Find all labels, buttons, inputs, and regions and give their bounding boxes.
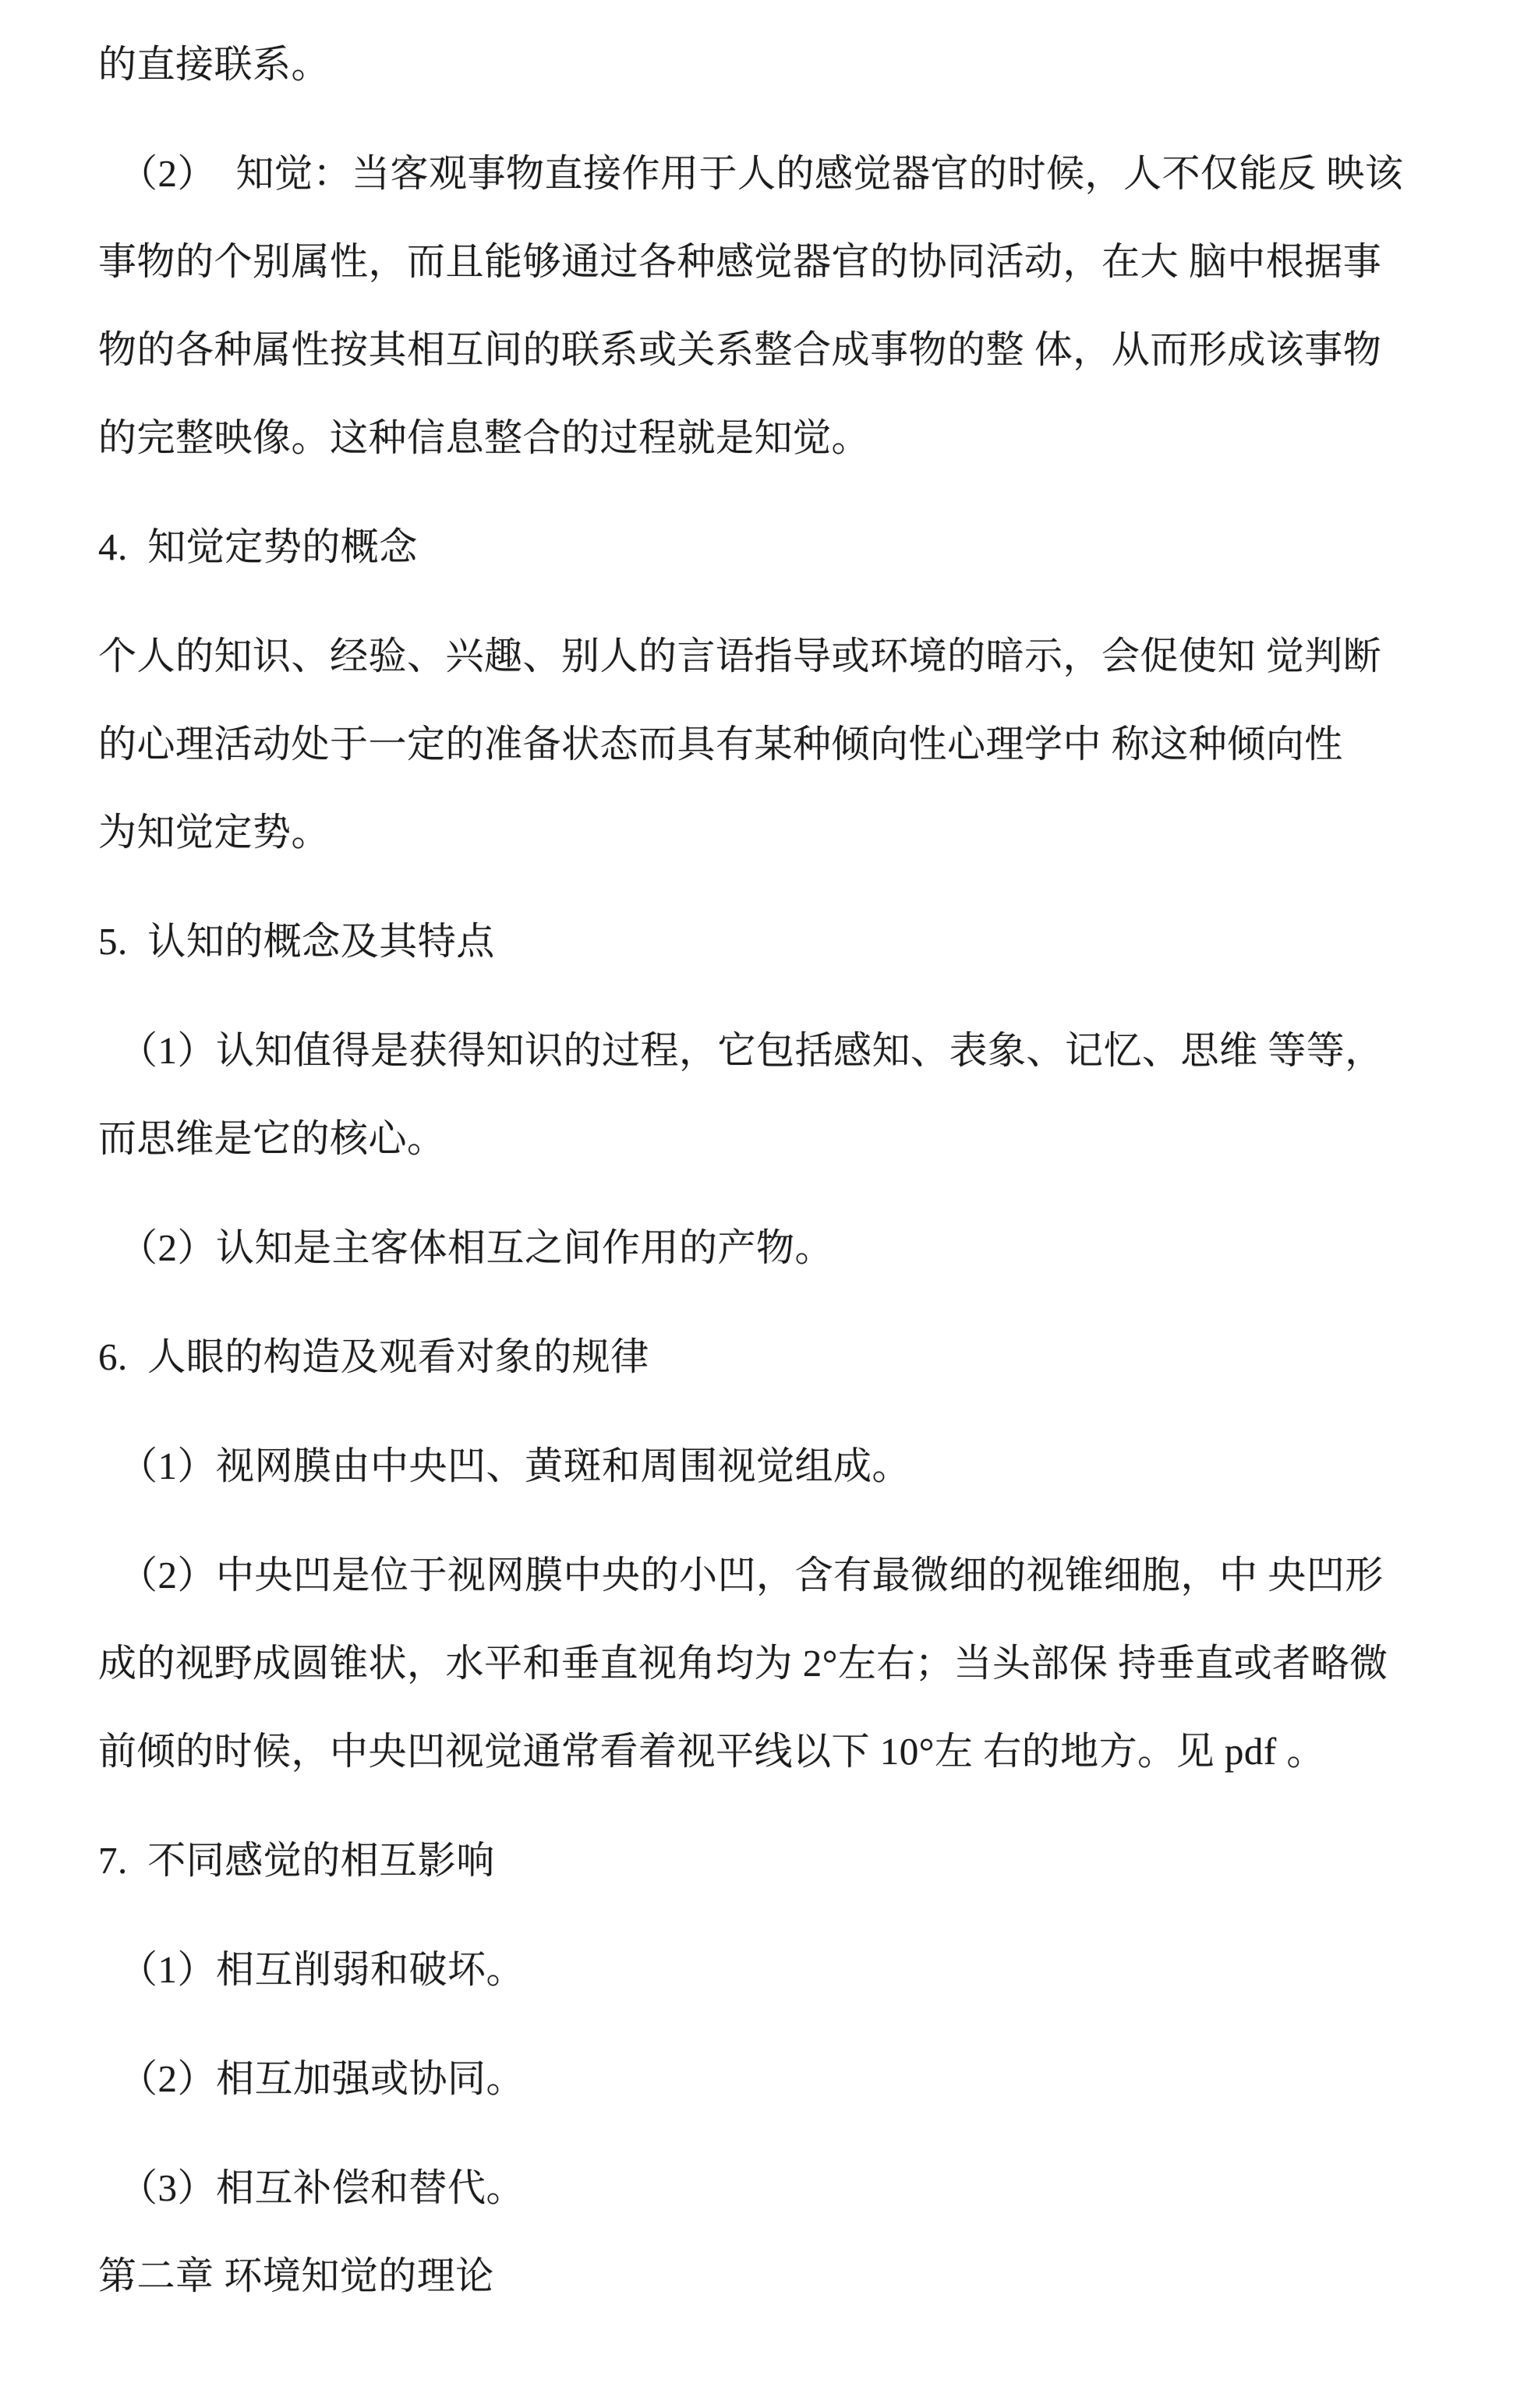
text-line: （1）相互削弱和破坏。 bbox=[98, 1925, 1455, 2014]
paragraph: 7. 不同感觉的相互影响 bbox=[98, 1816, 1455, 1904]
paragraph: 6. 人眼的构造及观看对象的规律 bbox=[98, 1313, 1455, 1401]
paragraph: （2）中央凹是位于视网膜中央的小凹，含有最微细的视锥细胞，中 央凹形成的视野成圆… bbox=[98, 1531, 1455, 1795]
paragraph: 的直接联系。 bbox=[98, 20, 1455, 108]
text-line: 第二章 环境知觉的理论 bbox=[98, 2232, 1455, 2320]
text-line: 个人的知识、经验、兴趣、别人的言语指导或环境的暗示，会促使知 觉判断 bbox=[98, 612, 1455, 700]
text-line: 4. 知觉定势的概念 bbox=[98, 503, 1455, 591]
paragraph: （2）认知是主客体相互之间作用的产物。 bbox=[98, 1204, 1455, 1292]
text-line: 物的各种属性按其相互间的联系或关系整合成事物的整 体，从而形成该事物 bbox=[98, 306, 1455, 394]
text-line: （2）认知是主客体相互之间作用的产物。 bbox=[98, 1204, 1455, 1292]
text-line: 的完整映像。这种信息整合的过程就是知觉。 bbox=[98, 394, 1455, 482]
text-line: （2） 知觉：当客观事物直接作用于人的感觉器官的时候，人不仅能反 映该 bbox=[98, 129, 1455, 217]
text-line: 5. 认知的概念及其特点 bbox=[98, 897, 1455, 985]
text-line: 的心理活动处于一定的准备状态而具有某种倾向性心理学中 称这种倾向性 bbox=[98, 700, 1455, 788]
paragraph: 4. 知觉定势的概念 bbox=[98, 503, 1455, 591]
text-line: 而思维是它的核心。 bbox=[98, 1094, 1455, 1183]
paragraph: 个人的知识、经验、兴趣、别人的言语指导或环境的暗示，会促使知 觉判断的心理活动处… bbox=[98, 612, 1455, 876]
text-line: 6. 人眼的构造及观看对象的规律 bbox=[98, 1313, 1455, 1401]
document-body: 的直接联系。（2） 知觉：当客观事物直接作用于人的感觉器官的时候，人不仅能反 映… bbox=[98, 20, 1455, 2320]
paragraph: （1）视网膜由中央凹、黄斑和周围视觉组成。 bbox=[98, 1422, 1455, 1510]
document-page: 的直接联系。（2） 知觉：当客观事物直接作用于人的感觉器官的时候，人不仅能反 映… bbox=[0, 0, 1524, 2408]
text-line: 前倾的时候，中央凹视觉通常看着视平线以下 10°左 右的地方。见 pdf 。 bbox=[98, 1707, 1455, 1795]
text-line: （2）中央凹是位于视网膜中央的小凹，含有最微细的视锥细胞，中 央凹形 bbox=[98, 1531, 1455, 1619]
text-line: 事物的个别属性，而且能够通过各种感觉器官的协同活动，在大 脑中根据事 bbox=[98, 217, 1455, 306]
text-line: 为知觉定势。 bbox=[98, 788, 1455, 876]
text-line: （1）认知值得是获得知识的过程，它包括感知、表象、记忆、思维 等等， bbox=[98, 1006, 1455, 1094]
paragraph: （1）认知值得是获得知识的过程，它包括感知、表象、记忆、思维 等等，而思维是它的… bbox=[98, 1006, 1455, 1183]
paragraph: （3）相互补偿和替代。 bbox=[98, 2144, 1455, 2232]
text-line: 成的视野成圆锥状，水平和垂直视角均为 2°左右；当头部保 持垂直或者略微 bbox=[98, 1619, 1455, 1707]
text-line: （1）视网膜由中央凹、黄斑和周围视觉组成。 bbox=[98, 1422, 1455, 1510]
paragraph: 第二章 环境知觉的理论 bbox=[98, 2232, 1455, 2320]
text-line: 7. 不同感觉的相互影响 bbox=[98, 1816, 1455, 1904]
paragraph: 5. 认知的概念及其特点 bbox=[98, 897, 1455, 985]
paragraph: （2） 知觉：当客观事物直接作用于人的感觉器官的时候，人不仅能反 映该事物的个别… bbox=[98, 129, 1455, 482]
paragraph: （2）相互加强或协同。 bbox=[98, 2035, 1455, 2123]
text-line: （2）相互加强或协同。 bbox=[98, 2035, 1455, 2123]
text-line: （3）相互补偿和替代。 bbox=[98, 2144, 1455, 2232]
paragraph: （1）相互削弱和破坏。 bbox=[98, 1925, 1455, 2014]
text-line: 的直接联系。 bbox=[98, 20, 1455, 108]
